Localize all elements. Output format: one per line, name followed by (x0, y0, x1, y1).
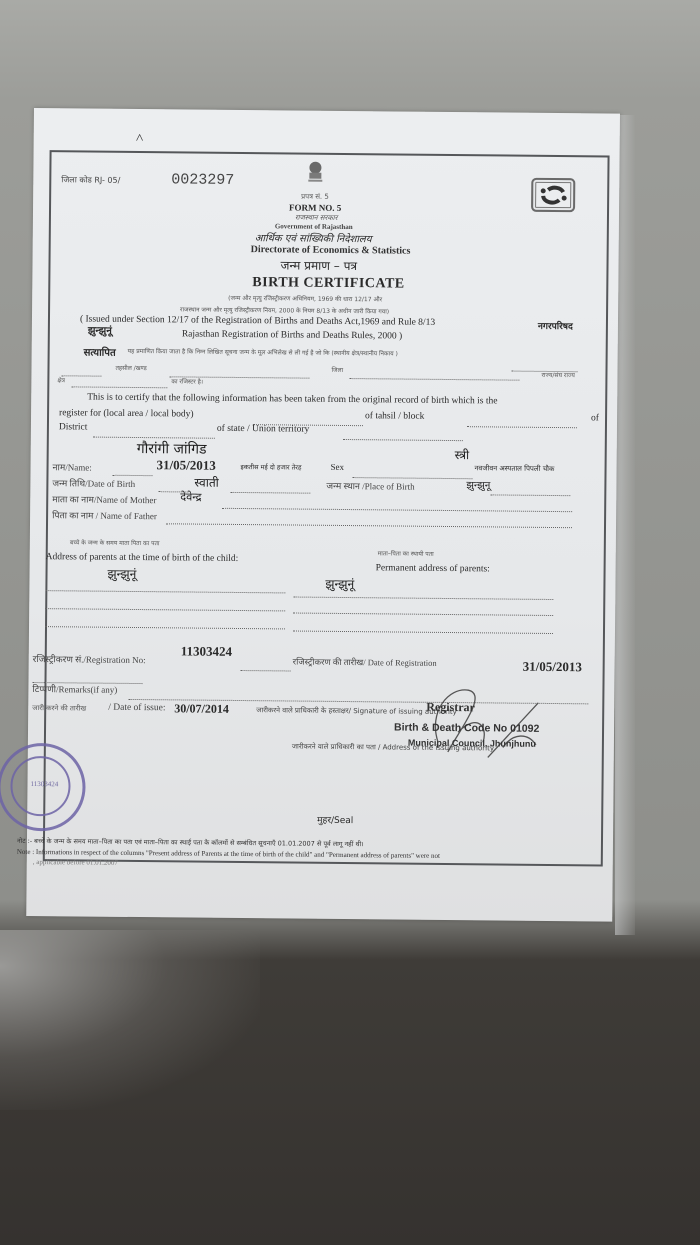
dob-words: इकतीस मई दो हजार तेरह (241, 462, 302, 472)
tahsil-hi: तहसील /खण्ड (115, 364, 146, 372)
seal-label: मुहर/Seal (317, 813, 353, 826)
reg-no-label: रजिस्ट्रीकरण सं./Registration No: (33, 652, 146, 666)
floor-light-reflection (0, 930, 260, 1110)
registrar-stamp: Registrar (426, 700, 475, 715)
cycle-arrows-icon (533, 180, 573, 210)
mother-label: माता का नाम/Name of Mother (52, 492, 156, 506)
district-hi: जिला (331, 366, 343, 374)
dob-value-numeric: 31/05/2013 (157, 457, 216, 474)
directorate: Directorate of Economics & Statistics (251, 244, 411, 257)
sex-value: स्त्री (455, 446, 470, 463)
issued-under-2: Rajasthan Registration of Births and Dea… (182, 329, 402, 341)
issue-label-hi: जारी करने की तारीख (32, 704, 86, 714)
place-label: जन्म स्थान /Place of Birth (326, 479, 414, 493)
issue-label: / Date of issue: (108, 703, 165, 714)
name-value: गौरांगी जांगिड (137, 439, 207, 459)
mark: ˄ (136, 131, 144, 147)
issue-value: 30/07/2014 (174, 701, 229, 717)
place-town: झुन्झुनू (466, 477, 490, 491)
directorate-hi: आर्थिक एवं सांख्यिकी निदेशालय (255, 230, 372, 245)
page-title: BIRTH CERTIFICATE (252, 275, 404, 292)
seal-number: 11303424 (30, 780, 58, 788)
code-line: Birth & Death Code No 01092 (394, 721, 539, 734)
reg-date-label: रजिस्ट्रीकरण की तारीख/ Date of Registrat… (293, 657, 437, 669)
district-code-label: जिला कोड RJ- 05/ (61, 174, 120, 186)
certify-en-2a: register for (local area / local body) (59, 408, 194, 419)
dob-label: जन्म तिथि/Date of Birth (52, 476, 135, 490)
address-perm-hi: माता–पिता का स्थायी पता (378, 549, 434, 558)
place-value: नवजीवन अस्पताल पिपली चौक (475, 464, 555, 474)
area-hi: क्षेत्र (57, 376, 65, 384)
sex-label: Sex (331, 462, 345, 472)
certify-en-2c: of (591, 413, 599, 423)
municipal-stamp: नगरपरिषद (538, 319, 573, 332)
father-value: देवेन्द्र (180, 489, 201, 504)
title-hi: जन्म प्रमाण – पत्र (280, 256, 357, 274)
name-label: नाम/Name: (52, 460, 91, 473)
father-label: पिता का नाम / Name of Father (52, 508, 157, 522)
register-hi: का रजिस्टर है। (171, 377, 203, 385)
address-perm-label: Permanent address of parents: (376, 563, 490, 574)
certify-en-3a: District (59, 422, 88, 432)
address-birth-label: Address of parents at the time of birth … (46, 552, 239, 564)
birth-certificate-paper: ˄ जिला कोड RJ- 05/ 0023297 प्रपत्र सं. 5… (26, 108, 620, 922)
government-hi: राजस्थान सरकार (295, 214, 338, 223)
reg-no-value: 11303424 (181, 643, 232, 659)
address-birth-hi: बच्चे के जन्म के समय माता पिता का पता (70, 538, 160, 547)
certify-hi-stamp: सत्यापित (84, 344, 116, 358)
remarks-label: टिप्पणी/Remarks(if any) (32, 682, 117, 696)
jhunjhunu-stamp: झुन्झुनूं (88, 323, 112, 337)
certify-en-3b: of state / Union territory (217, 424, 309, 435)
form-number: FORM NO. 5 (289, 202, 341, 213)
serial-number: 0023297 (171, 171, 234, 189)
issued-under-hi-1: (जन्म और मृत्यु रजिस्ट्रीकरण अधिनियम, 19… (228, 294, 382, 303)
state-hi: राज्य/संघ राज्य (541, 371, 574, 379)
certify-en-2b: of tahsil / block (365, 411, 424, 422)
department-logo-icon (531, 178, 575, 212)
form-number-hi: प्रपत्र सं. 5 (301, 193, 329, 202)
footnote-en-2: , applicable before 01.01.2007 (33, 858, 118, 867)
municipal-council: Municipal Council, Jhunjhunu (408, 738, 536, 749)
ashoka-emblem-icon (305, 161, 325, 187)
mother-value: स्वाती (194, 474, 219, 491)
